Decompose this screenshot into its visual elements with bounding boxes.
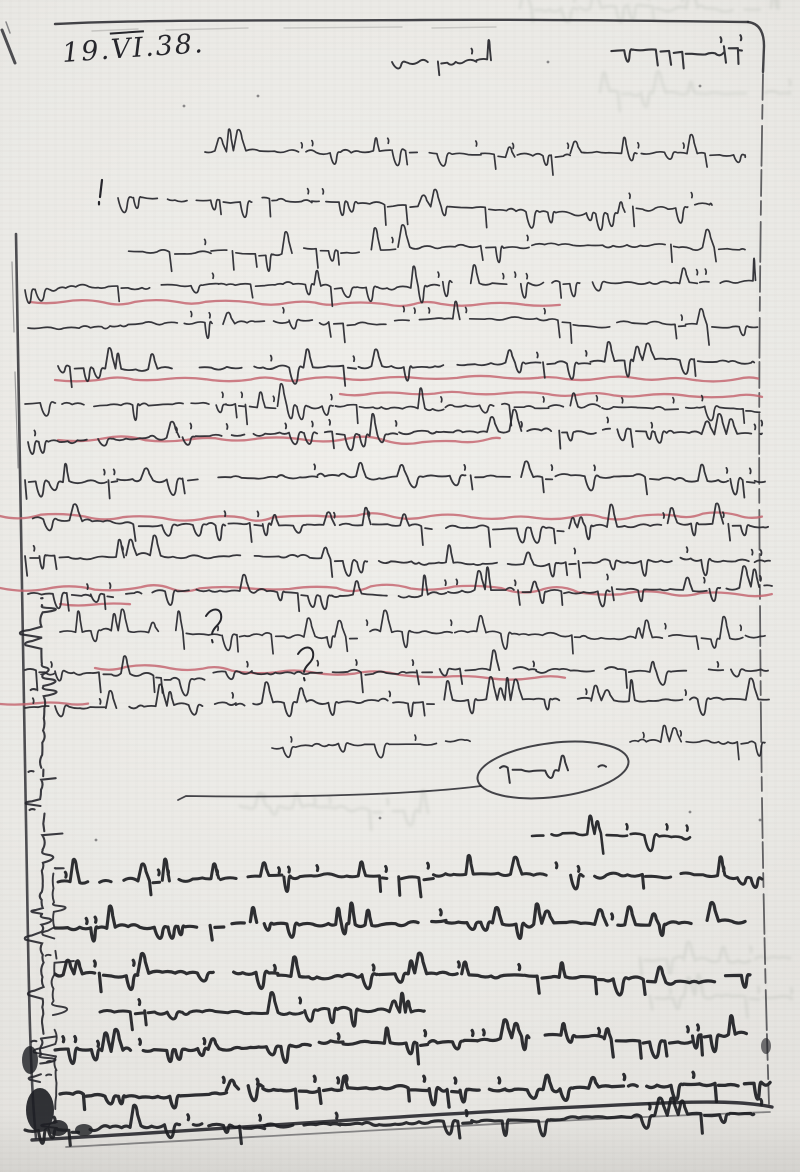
bleed-through-ghost-group xyxy=(240,0,792,1017)
handwritten-line xyxy=(25,258,756,306)
handwritten-line xyxy=(129,225,745,271)
exclamation-mark xyxy=(99,180,102,204)
handwritten-line-second-hand xyxy=(55,1016,746,1064)
letter-scan-page: 19.VI.38. xyxy=(0,0,800,1172)
bleed-through-mark xyxy=(650,975,792,1017)
ink-speck xyxy=(689,811,692,814)
red-pencil-underline xyxy=(0,703,88,705)
handwritten-line xyxy=(25,461,765,499)
ink-speck xyxy=(183,105,186,108)
handwritten-line xyxy=(118,189,712,230)
handwritten-line-second-hand xyxy=(55,903,745,941)
handwritten-line xyxy=(392,40,491,75)
handwritten-line xyxy=(611,35,742,68)
handwritten-line xyxy=(28,301,757,345)
ink-blot xyxy=(75,1124,93,1136)
handwritten-line xyxy=(28,566,772,611)
handwritten-line-second-hand xyxy=(100,992,424,1029)
handwritten-line xyxy=(500,756,606,783)
ink-blot xyxy=(48,1120,68,1136)
handwritten-line xyxy=(33,503,768,547)
hand-drawn-frame-line xyxy=(6,22,10,33)
handwritten-line-second-hand xyxy=(58,855,762,897)
handwritten-line-second-hand xyxy=(532,816,690,854)
ink-speck xyxy=(547,61,550,64)
hand-drawn-frame-line xyxy=(55,20,748,24)
ink-speck xyxy=(759,819,762,822)
date-year: .38. xyxy=(144,28,206,63)
hand-drawn-frame-line xyxy=(32,1102,772,1140)
red-pencil-underline xyxy=(340,392,762,397)
ink-blot xyxy=(761,1038,771,1054)
question-mark xyxy=(206,610,221,643)
handwritten-line xyxy=(272,735,470,758)
ink-speck xyxy=(257,95,260,98)
date-day: 19. xyxy=(61,35,112,69)
handwritten-line xyxy=(28,409,762,454)
handwritten-line xyxy=(60,609,765,654)
hand-drawn-frame-line xyxy=(16,234,36,1138)
ink-speck xyxy=(379,817,382,820)
red-pencil-underline xyxy=(0,513,762,521)
ink-blot xyxy=(22,1046,38,1074)
ink-speck xyxy=(699,85,702,88)
handwritten-line xyxy=(25,650,768,695)
red-pencil-underline xyxy=(95,665,565,679)
red-pencil-underline xyxy=(60,603,130,605)
signature-circle xyxy=(474,734,631,806)
ink-speck xyxy=(95,839,98,842)
question-mark xyxy=(298,648,313,681)
handwritten-line xyxy=(205,129,745,175)
hand-drawn-frame-line xyxy=(759,74,769,1104)
handwritten-line xyxy=(25,535,770,577)
handwritten-line xyxy=(630,725,765,759)
red-pencil-underline xyxy=(30,300,560,306)
handwritten-line xyxy=(25,677,769,717)
hand-drawn-frame-line xyxy=(2,30,15,63)
hand-drawn-frame-line xyxy=(92,27,496,31)
date-month: VI xyxy=(110,32,146,65)
handwritten-letter-canvas xyxy=(0,0,800,1172)
hand-drawn-frame-line xyxy=(748,22,764,72)
handwritten-line xyxy=(25,384,760,426)
